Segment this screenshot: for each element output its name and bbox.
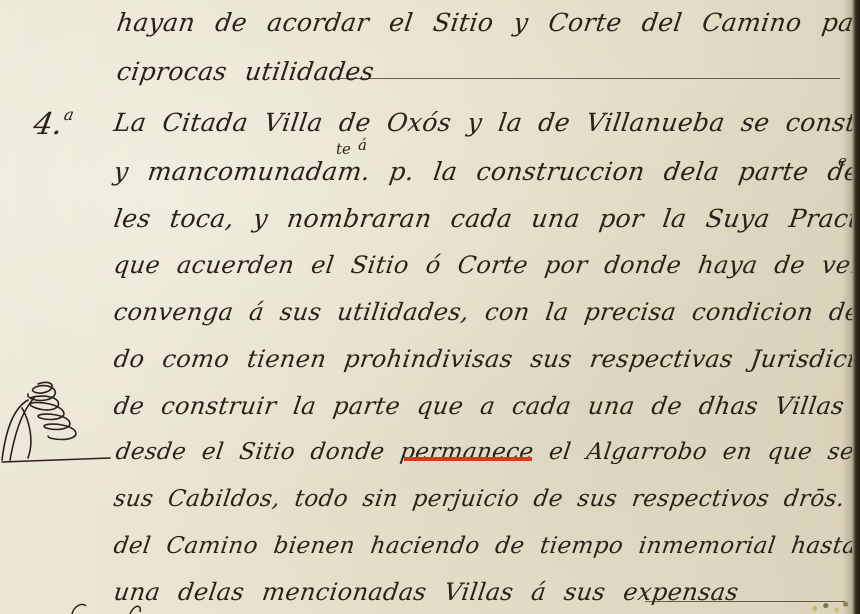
red-underline-annotation xyxy=(404,457,532,461)
manuscript-line: que acuerden el Sitio ó Corte por donde … xyxy=(112,251,860,279)
manuscript-line: les toca, y nombraran cada una por la Su… xyxy=(112,204,860,233)
line-filler-rule xyxy=(340,78,840,79)
paragraph-number-superscript: a xyxy=(63,105,76,124)
page-binding-edge xyxy=(852,0,860,614)
manuscript-line: ciprocas utilidades xyxy=(115,57,376,86)
interlinear-note: te xyxy=(336,140,351,158)
rubric-flourish-icon xyxy=(0,378,120,468)
manuscript-page: hayan de acordar el Sitio y Corte del Ca… xyxy=(0,0,860,614)
manuscript-line: La Citada Villa de Oxós y la de Villanue… xyxy=(112,108,860,137)
paragraph-number: 4.a xyxy=(31,105,76,142)
manuscript-line: sus Cabildos, todo sin perjuicio de sus … xyxy=(112,486,860,512)
manuscript-line: del Camino bienen haciendo de tiempo inm… xyxy=(112,533,860,559)
manuscript-line: una delas mencionadas Villas á sus expen… xyxy=(112,578,740,606)
manuscript-line: convenga á sus utilidades, con la precis… xyxy=(112,298,860,326)
interlinear-note: á xyxy=(358,136,367,154)
manuscript-line: do como tienen prohindivisas sus respect… xyxy=(112,345,860,373)
manuscript-line: desde el Sitio donde permanece el Algarr… xyxy=(114,439,860,465)
manuscript-line: de construir la parte que a cada una de … xyxy=(112,392,860,420)
page-edge-shadow xyxy=(842,0,852,614)
manuscript-line: hayan de acordar el Sitio y Corte del Ca… xyxy=(115,8,860,37)
cut-off-next-line-glyphs xyxy=(60,600,180,614)
manuscript-line: y mancomunadam. p. la construccion dela … xyxy=(112,157,860,186)
